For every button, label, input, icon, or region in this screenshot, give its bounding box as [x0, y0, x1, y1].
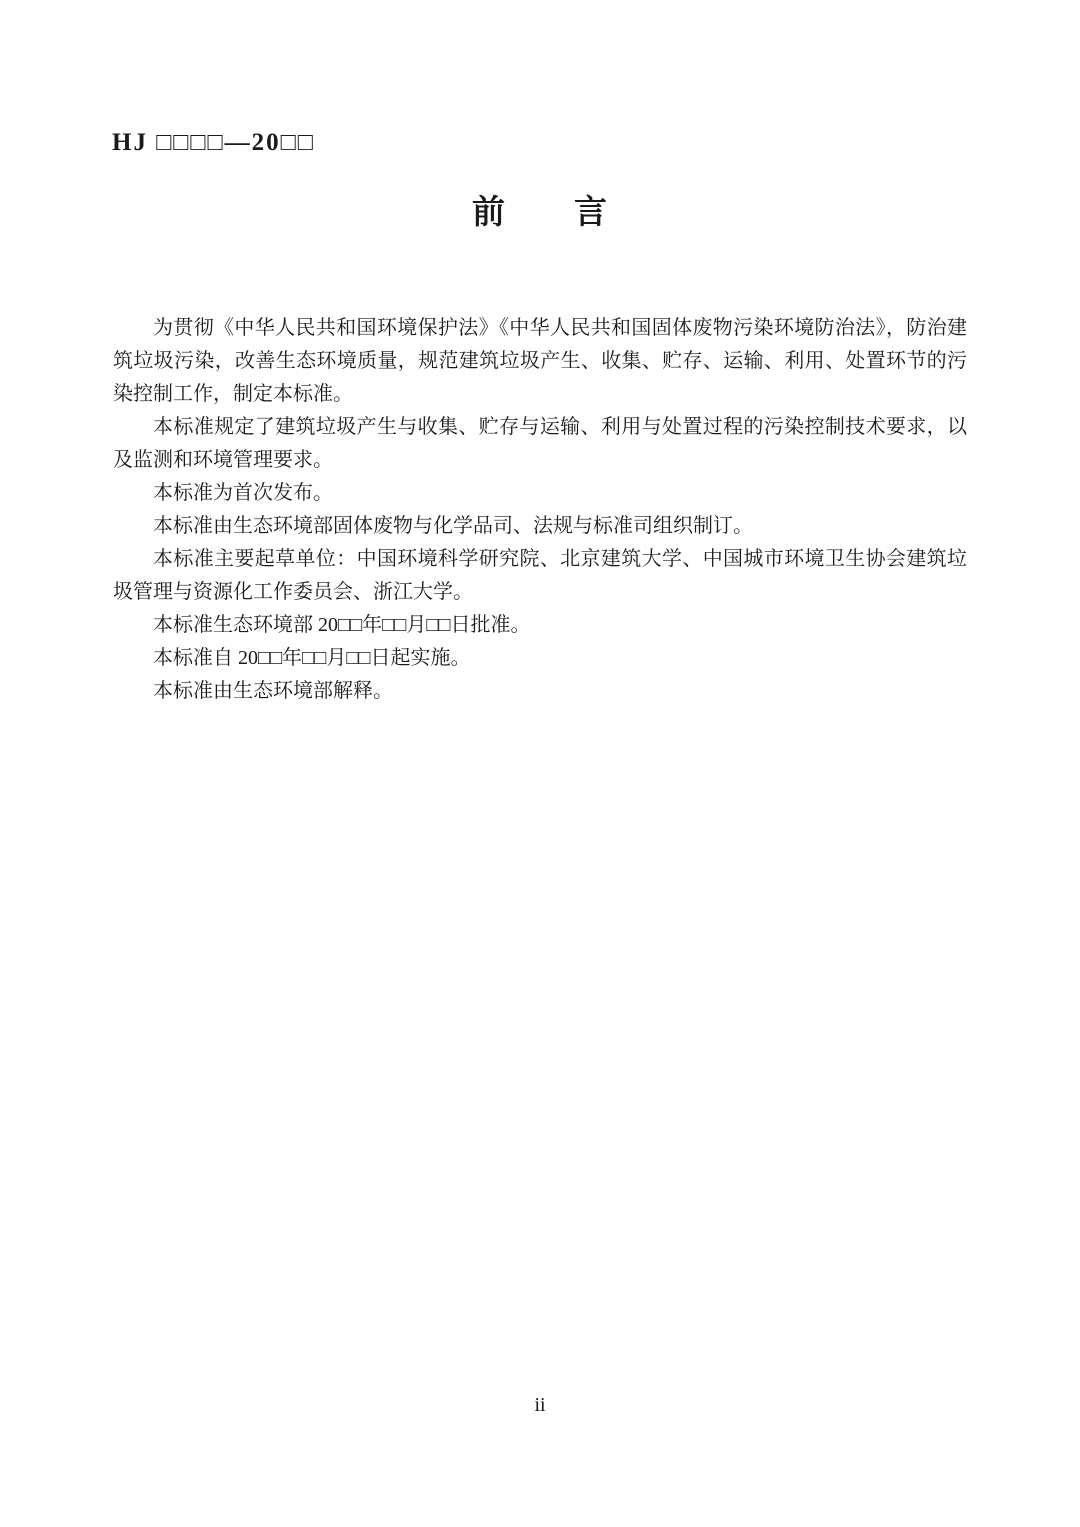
page-title: 前 言: [0, 186, 1080, 233]
paragraph: 本标准为首次发布。: [113, 477, 967, 510]
paragraph: 本标准生态环境部 20□□年□□月□□日批准。: [113, 609, 967, 642]
paragraph: 本标准由生态环境部固体废物与化学品司、法规与标准司组织制订。: [113, 510, 967, 543]
paragraph: 本标准由生态环境部解释。: [113, 675, 967, 708]
paragraph: 本标准自 20□□年□□月□□日起实施。: [113, 642, 967, 675]
paragraph: 本标准规定了建筑垃圾产生与收集、贮存与运输、利用与处置过程的污染控制技术要求，以…: [113, 411, 967, 477]
document-body: 为贯彻《中华人民共和国环境保护法》《中华人民共和国固体废物污染环境防治法》，防治…: [113, 312, 967, 708]
document-page: HJ □□□□—20□□ 前 言 为贯彻《中华人民共和国环境保护法》《中华人民共…: [0, 0, 1080, 1527]
page-number: ii: [0, 1394, 1080, 1417]
doc-number: HJ □□□□—20□□: [112, 129, 315, 157]
paragraph: 为贯彻《中华人民共和国环境保护法》《中华人民共和国固体废物污染环境防治法》，防治…: [113, 312, 967, 411]
paragraph: 本标准主要起草单位：中国环境科学研究院、北京建筑大学、中国城市环境卫生协会建筑垃…: [113, 543, 967, 609]
